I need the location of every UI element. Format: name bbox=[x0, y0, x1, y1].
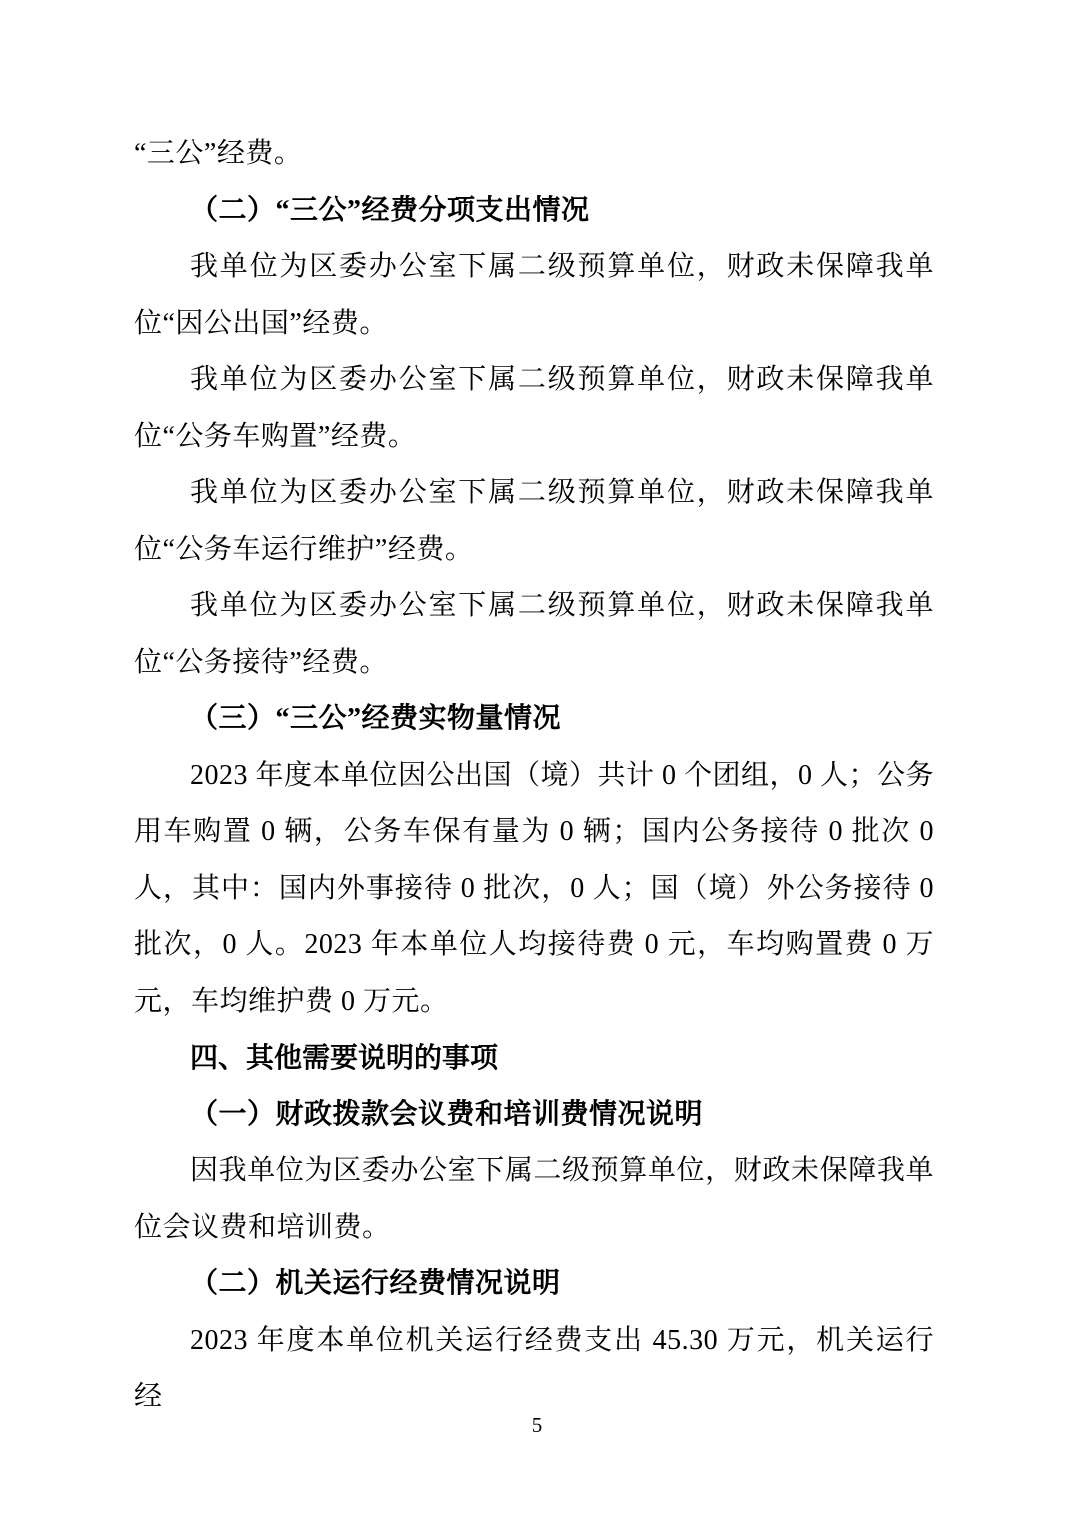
paragraph-operating-expenses-details: 2023 年度本单位机关运行经费支出 45.30 万元，机关运行经 bbox=[134, 1313, 934, 1426]
paragraph-no-meeting-training-funds: 因我单位为区委办公室下属二级预算单位，财政未保障我单位会议费和培训费。 bbox=[134, 1143, 934, 1256]
paragraph-physical-quantity-details: 2023 年度本单位因公出国（境）共计 0 个团组，0 人；公务用车购置 0 辆… bbox=[134, 748, 934, 1031]
paragraph-sangong-continuation: “三公”经费。 bbox=[134, 126, 934, 183]
heading-sangong-physical-quantity: （三）“三公”经费实物量情况 bbox=[134, 691, 934, 748]
paragraph-no-abroad-funds: 我单位为区委办公室下属二级预算单位，财政未保障我单位“因公出国”经费。 bbox=[134, 239, 934, 352]
paragraph-no-vehicle-purchase-funds: 我单位为区委办公室下属二级预算单位，财政未保障我单位“公务车购置”经费。 bbox=[134, 352, 934, 465]
heading-agency-operating-expenses: （二）机关运行经费情况说明 bbox=[134, 1256, 934, 1313]
paragraph-no-vehicle-maintenance-funds: 我单位为区委办公室下属二级预算单位，财政未保障我单位“公务车运行维护”经费。 bbox=[134, 465, 934, 578]
heading-meeting-training-fees: （一）财政拨款会议费和培训费情况说明 bbox=[134, 1087, 934, 1144]
heading-sangong-itemized-spending: （二）“三公”经费分项支出情况 bbox=[134, 183, 934, 240]
paragraph-no-official-reception-funds: 我单位为区委办公室下属二级预算单位，财政未保障我单位“公务接待”经费。 bbox=[134, 578, 934, 691]
heading-other-matters: 四、其他需要说明的事项 bbox=[134, 1030, 934, 1087]
document-body: “三公”经费。 （二）“三公”经费分项支出情况 我单位为区委办公室下属二级预算单… bbox=[134, 126, 934, 1426]
document-page: “三公”经费。 （二）“三公”经费分项支出情况 我单位为区委办公室下属二级预算单… bbox=[0, 0, 1074, 1520]
page-number: 5 bbox=[0, 1410, 1074, 1440]
